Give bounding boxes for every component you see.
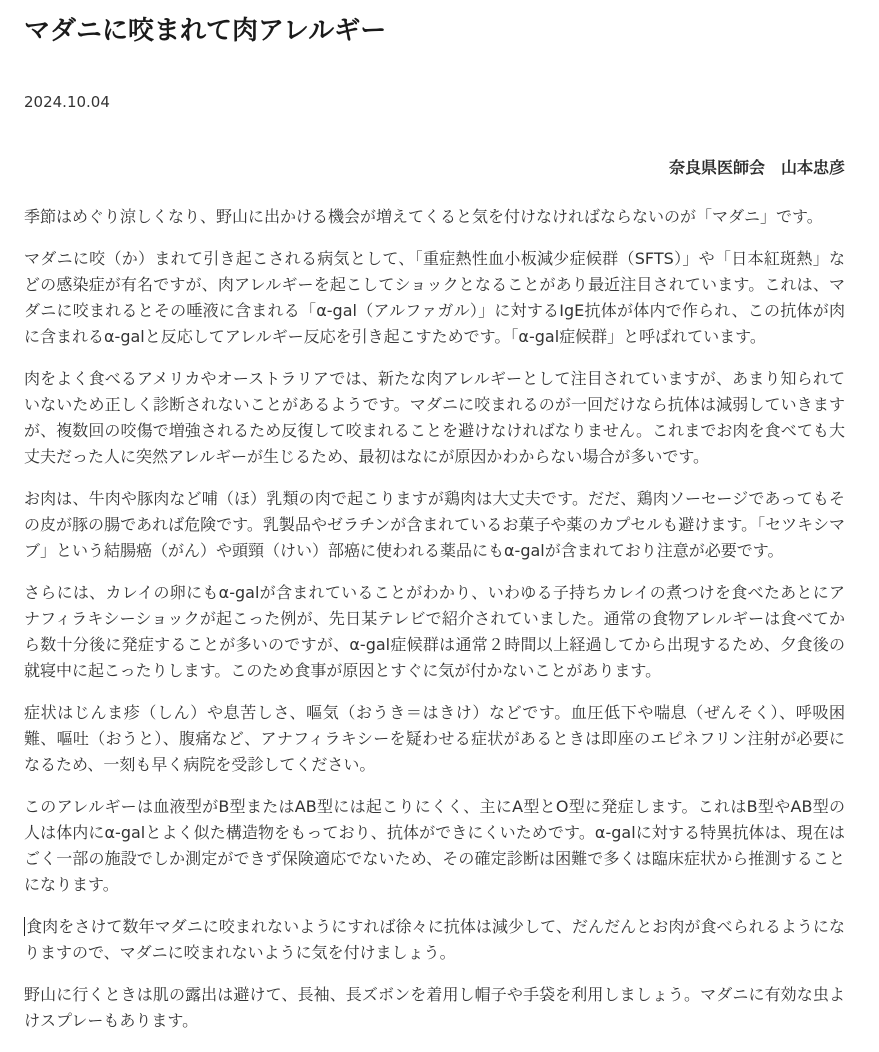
paragraph-text: 季節はめぐり涼しくなり、野山に出かける機会が増えてくると気を付けなければならない… — [24, 207, 823, 226]
paragraph: 野山に行くときは肌の露出は避けて、長袖、長ズボンを着用し帽子や手袋を利用しましょ… — [24, 982, 845, 1034]
author-byline: 奈良県医師会 山本忠彦 — [24, 158, 845, 178]
paragraph: お肉は、牛肉や豚肉など哺（ほ）乳類の肉で起こりますが鶏肉は大丈夫です。だだ、鶏肉… — [24, 486, 845, 564]
paragraph: さらには、カレイの卵にもα-galが含まれていることがわかり、いわゆる子持ちカレ… — [24, 580, 845, 684]
article-body: 季節はめぐり涼しくなり、野山に出かける機会が増えてくると気を付けなければならない… — [24, 204, 845, 1034]
paragraph: 肉をよく食べるアメリカやオーストラリアでは、新たな肉アレルギーとして注目されてい… — [24, 366, 845, 470]
paragraph: このアレルギーは血液型がB型またはAB型には起こりにくく、主にA型とO型に発症し… — [24, 794, 845, 898]
paragraph-text: 食肉をさけて数年マダニに咬まれないようにすれば徐々に抗体は減少して、だんだんとお… — [24, 917, 845, 962]
page-title: マダニに咬まれて肉アレルギー — [24, 14, 845, 48]
paragraph-text: マダニに咬（か）まれて引き起こされる病気として、「重症熱性血小板減少症候群（SF… — [24, 249, 845, 346]
paragraph: 症状はじんま疹（しん）や息苦しさ、嘔気（おうき＝はきけ）などです。血圧低下や喘息… — [24, 700, 845, 778]
paragraph-text: このアレルギーは血液型がB型またはAB型には起こりにくく、主にA型とO型に発症し… — [24, 797, 845, 894]
paragraph: マダニに咬（か）まれて引き起こされる病気として、「重症熱性血小板減少症候群（SF… — [24, 246, 845, 350]
paragraph: 季節はめぐり涼しくなり、野山に出かける機会が増えてくると気を付けなければならない… — [24, 204, 845, 230]
paragraph-text: お肉は、牛肉や豚肉など哺（ほ）乳類の肉で起こりますが鶏肉は大丈夫です。だだ、鶏肉… — [24, 489, 845, 560]
paragraph-text: 肉をよく食べるアメリカやオーストラリアでは、新たな肉アレルギーとして注目されてい… — [24, 369, 845, 466]
article-page: マダニに咬まれて肉アレルギー 2024.10.04 奈良県医師会 山本忠彦 季節… — [0, 0, 879, 1052]
publish-date: 2024.10.04 — [24, 92, 845, 112]
paragraph-text: さらには、カレイの卵にもα-galが含まれていることがわかり、いわゆる子持ちカレ… — [24, 583, 845, 680]
paragraph: 食肉をさけて数年マダニに咬まれないようにすれば徐々に抗体は減少して、だんだんとお… — [24, 914, 845, 966]
paragraph-text: 症状はじんま疹（しん）や息苦しさ、嘔気（おうき＝はきけ）などです。血圧低下や喘息… — [24, 703, 845, 774]
paragraph-text: 野山に行くときは肌の露出は避けて、長袖、長ズボンを着用し帽子や手袋を利用しましょ… — [24, 985, 845, 1030]
text-caret — [24, 917, 25, 936]
